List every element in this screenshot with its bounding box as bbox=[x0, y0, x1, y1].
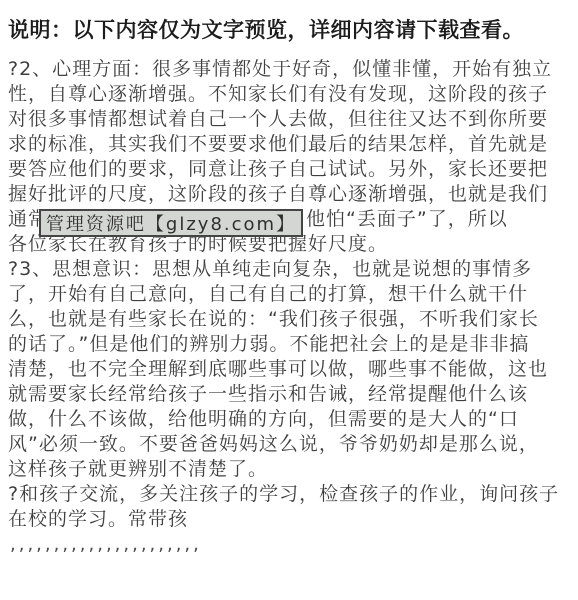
text-line: 这样孩子就更辨别不清楚了。 bbox=[0, 457, 578, 482]
text-line: 对很多事情都想试着自己一个人去做，但往往又达不到你所要 bbox=[0, 107, 578, 132]
text-line: 握好批评的尺度，这阶段的孩子自尊心逐渐增强，也就是我们 bbox=[0, 182, 578, 207]
preview-notice: 说明：以下内容仅为文字预览，详细内容请下载查看。 bbox=[8, 14, 524, 44]
preview-page: { "notice": { "text": "说明：以下内容仅为文字预览，详细内… bbox=[0, 0, 578, 600]
text-line: 么，也就是有些家长在说的：“我们孩子很强，不听我们家长 bbox=[0, 307, 578, 332]
text-line: 性，自尊心逐渐增强。不知家长们有没有发现，这阶段的孩子 bbox=[0, 82, 578, 107]
text-line: 做，什么不该做，给他明确的方向，但需要的是大人的“口 bbox=[0, 407, 578, 432]
text-line: 清楚，也不完全理解到底哪些事可以做，哪些事不能做，这也 bbox=[0, 357, 578, 382]
text-line: 求的标准，其实我们不要要求他们最后的结果怎样，首先就是 bbox=[0, 132, 578, 157]
text-line: 在校的学习。常带孩 bbox=[0, 507, 578, 532]
truncation-ellipsis: ,,,,,,,,,,,,,,,,,,,,,, bbox=[0, 532, 578, 557]
text-line: 就需要家长经常给孩子一些指示和告诫，经常提醒他什么该 bbox=[0, 382, 578, 407]
text-line: 要答应他们的要求，同意让孩子自己试试。另外，家长还要把 bbox=[0, 157, 578, 182]
text-line: ?2、心理方面：很多事情都处于好奇，似懂非懂，开始有独立 bbox=[0, 57, 578, 82]
covered-line-end: 他怕“丢面子”了，所以 bbox=[306, 208, 508, 230]
text-line: 了，开始有自己意向，自己有自己的打算，想干什么就干什 bbox=[0, 282, 578, 307]
text-line: 风”必须一致。不要爸爸妈妈这么说，爷爷奶奶却是那么说， bbox=[0, 432, 578, 457]
document-body: ?2、心理方面：很多事情都处于好奇，似懂非懂，开始有独立 性，自尊心逐渐增强。不… bbox=[0, 57, 578, 557]
text-line: ?3、思想意识：思想从单纯走向复杂，也就是说想的事情多 bbox=[0, 257, 578, 282]
text-line: 的话了。”但是他们的辨别力弱。不能把社会上的是是非非搞 bbox=[0, 332, 578, 357]
text-line: ?和孩子交流，多关注孩子的学习，检查孩子的作业，询问孩子 bbox=[0, 482, 578, 507]
watermark-badge: 管理资源吧【glzy8.com】 bbox=[39, 209, 303, 237]
